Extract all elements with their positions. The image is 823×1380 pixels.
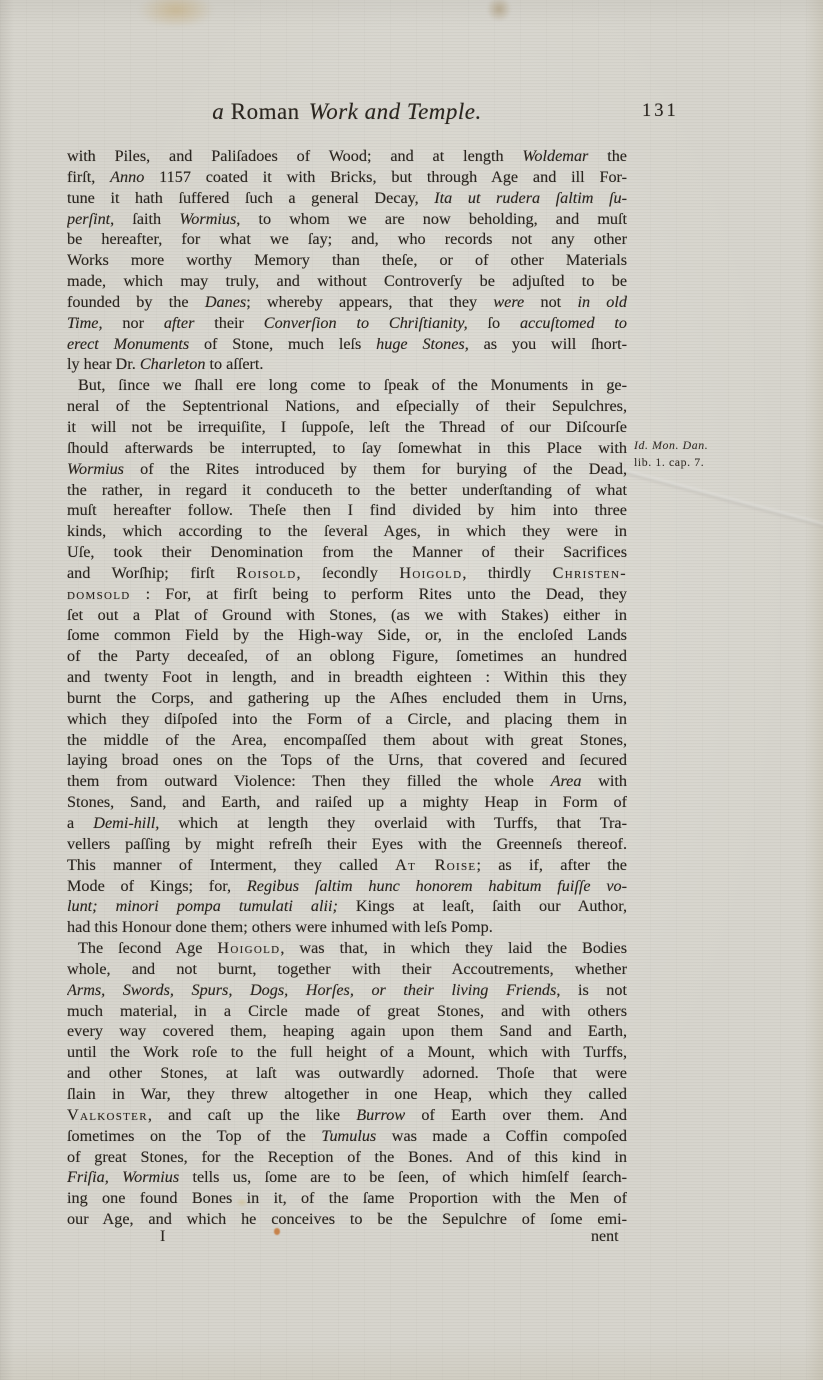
text-segment: until the Work roſe to the full height o… [67,1043,627,1061]
text-segment: be hereafter, for what we ſay; and, who … [67,230,627,248]
text-segment: and Worſhip; firſt [67,564,236,582]
text-segment: accuſtomed to [520,314,627,332]
text-segment: Anno [110,168,144,186]
paragraph: But, ſince we ſhall ere long come to ſpe… [67,375,627,938]
text-line: with Piles, and Paliſadoes of Wood; and … [67,146,627,167]
text-line: had this Honour done them; others were i… [67,917,627,938]
text-line: ſlain in War, they threw altogether in o… [67,1084,627,1105]
running-head-article: a [212,99,231,124]
text-segment: Arms, Swords, Spurs, Dogs, Horſes, or th… [67,981,556,999]
text-line: a Demi-hill, which at length they overla… [67,813,627,834]
text-segment: ſhould afterwards be interrupted, to ſay… [67,439,627,457]
text-segment: with Piles, and Paliſadoes of Wood; and … [67,147,522,165]
text-segment: laying broad ones on the Tops of the Urn… [67,751,627,769]
text-line: ſometimes on the Top of the Tumulus was … [67,1126,627,1147]
text-segment: Burrow [356,1106,405,1124]
book-page-scan: aRomanWork and Temple. 131 with Piles, a… [0,0,823,1380]
running-head-italic: Work and Temple. [309,99,482,124]
text-segment: Friſia, Wormius [67,1168,179,1186]
text-segment: This manner of Interment, they called [67,856,395,874]
text-segment: of great Stones, for the Reception of th… [67,1148,627,1166]
text-segment: firſt, [67,168,110,186]
text-line: This manner of Interment, they called At… [67,855,627,876]
catchword: nent [591,1228,619,1246]
text-segment: Charleton [140,355,206,373]
text-line: domsold : For, at firſt being to perform… [67,584,627,605]
text-segment: the rather, in regard it conduceth to th… [67,481,627,499]
paper-stain [486,0,512,22]
text-line: which they diſpoſed into the Form of a C… [67,709,627,730]
text-segment: as you will ſhort- [469,335,627,353]
text-line: of great Stones, for the Reception of th… [67,1147,627,1168]
text-segment: were [493,293,524,311]
text-line: But, ſince we ſhall ere long come to ſpe… [67,375,627,396]
text-segment: ſlain in War, they threw altogether in o… [67,1085,627,1103]
text-segment: Christen- [553,564,627,582]
text-segment: our Age, and which he conceives to be th… [67,1210,627,1228]
text-line: tune it hath ſuffered ſuch a general Dec… [67,188,627,209]
text-line: Friſia, Wormius tells us, ſome are to be… [67,1167,627,1188]
text-segment: which at length they overlaid with Turff… [159,814,627,832]
text-segment: , to whom we are now beholding, and muſt [236,210,627,228]
text-segment: burnt the Corps, and gathering up the Aſ… [67,689,627,707]
text-line: founded by the Danes; whereby appears, t… [67,292,627,313]
text-segment: ; as if, after the [476,856,627,874]
text-line: vellers paſſing by might refreſh their E… [67,834,627,855]
text-segment: erect Monuments [67,335,189,353]
text-segment: in old [577,293,627,311]
text-line: Arms, Swords, Spurs, Dogs, Horſes, or th… [67,980,627,1001]
page-number: 131 [642,101,679,122]
text-line: until the Work roſe to the full height o… [67,1042,627,1063]
text-segment: Kings at leaſt, ſaith our Author, [338,897,627,915]
text-line: whole, and not burnt, together with thei… [67,959,627,980]
text-segment: , was that, in which they laid the Bodie… [280,939,627,957]
text-segment: Stones, Sand, and Earth, and raiſed up a… [67,793,627,811]
text-segment: Converſion to Chriſtianity, [264,314,468,332]
text-line: Wormius of the Rites introduced by them … [67,459,627,480]
text-segment: , ſecondly [296,564,399,582]
text-segment: of the Rites introduced by them for bury… [124,460,627,478]
text-segment: tune it hath ſuffered ſuch a general Dec… [67,189,434,207]
text-segment: of Earth over them. And [405,1106,627,1124]
text-segment: nor [103,314,164,332]
text-segment: domsold [67,585,131,603]
text-line: Valkoster, and caſt up the like Burrow o… [67,1105,627,1126]
text-segment: Wormius [67,460,124,478]
text-segment: Hoigold [217,939,280,957]
text-segment: Mode of Kings; for, [67,877,247,895]
text-line: lunt; minori pompa tumulati alii; Kings … [67,896,627,917]
text-line: it will not be irrequiſite, I ſuppoſe, l… [67,417,627,438]
paragraph: with Piles, and Paliſadoes of Wood; and … [67,146,627,375]
text-line: them from outward Violence: Then they fi… [67,771,627,792]
text-segment: huge Stones, [376,335,469,353]
text-segment: was made a Coffin compoſed [376,1127,627,1145]
text-segment: Ita ut rudera ſaltim ſu- [434,189,627,207]
text-segment: to aſſert. [205,355,263,373]
running-head: aRomanWork and Temple. [67,97,627,127]
text-segment: Tumulus [321,1127,376,1145]
text-segment: The ſecond Age [78,939,217,957]
text-segment: Danes [205,293,246,311]
text-segment: , thirdly [462,564,552,582]
text-segment: kinds, which according to the ſeveral Ag… [67,522,627,540]
text-segment: Uſe, took their Denomination from the Ma… [67,543,627,561]
text-segment: a [67,814,93,832]
text-line: The ſecond Age Hoigold, was that, in whi… [67,938,627,959]
text-segment: Woldemar [522,147,588,165]
text-line: muſt hereafter follow. Theſe then I find… [67,500,627,521]
text-segment: Demi-hill, [93,814,159,832]
text-segment: But, ſince we ſhall ere long come to ſpe… [78,376,627,394]
text-segment: made, which may truly, and without Contr… [67,272,627,290]
text-segment: much material, in a Circle made of great… [67,1002,627,1020]
text-segment: Regibus ſaltim hunc honorem habitum fuiſ… [247,877,627,895]
text-segment: At Roise [395,856,476,874]
text-segment: ſometimes on the Top of the [67,1127,321,1145]
text-line: ly hear Dr. Charleton to aſſert. [67,354,627,375]
text-segment: their [194,314,263,332]
text-line: the middle of the Area, encompaſſed them… [67,730,627,751]
text-line: much material, in a Circle made of great… [67,1001,627,1022]
text-line: be hereafter, for what we ſay; and, who … [67,229,627,250]
text-segment: 1157 coated it with Bricks, but through … [144,168,627,186]
text-line: and Worſhip; firſt Roisold, ſecondly Hoi… [67,563,627,584]
text-segment: , and caſt up the like [148,1106,356,1124]
text-line: Mode of Kings; for, Regibus ſaltim hunc … [67,876,627,897]
text-line: Uſe, took their Denomination from the Ma… [67,542,627,563]
text-line: and twenty Foot in length, and in breadt… [67,667,627,688]
text-line: Time, nor after their Converſion to Chri… [67,313,627,334]
text-line: every way covered them, heaping again up… [67,1021,627,1042]
text-segment: Time, [67,314,103,332]
text-segment: whole, and not burnt, together with thei… [67,960,627,978]
text-segment: had this Honour done them; others were i… [67,918,493,936]
text-segment: perſint [67,210,110,228]
text-segment: ſet out a Plat of Ground with Stones, (a… [67,606,627,624]
margin-note-line1: Id. Mon. Dan. [634,437,799,454]
text-segment: vellers paſſing by might refreſh their E… [67,835,627,853]
text-line: ſhould afterwards be interrupted, to ſay… [67,438,627,459]
body-text: with Piles, and Paliſadoes of Wood; and … [67,146,627,1230]
text-segment: muſt hereafter follow. Theſe then I find… [67,501,627,519]
paper-crease [617,468,823,528]
text-line: and other Stones, at laſt was outwardly … [67,1063,627,1084]
text-line: made, which may truly, and without Contr… [67,271,627,292]
text-segment: : For, at firſt being to perform Rites u… [131,585,628,603]
text-line: neral of the Septentrional Nations, and … [67,396,627,417]
text-line: laying broad ones on the Tops of the Urn… [67,750,627,771]
text-segment: ſome common Field by the High-way Side, … [67,626,627,644]
text-segment: ; whereby appears, that they [246,293,493,311]
text-line: kinds, which according to the ſeveral Ag… [67,521,627,542]
paper-stain [138,0,214,28]
text-line: Works more worthy Memory than theſe, or … [67,250,627,271]
running-head-roman: Roman [231,99,309,124]
margin-note: Id. Mon. Dan. lib. 1. cap. 7. [634,437,799,470]
text-segment: and twenty Foot in length, and in breadt… [67,668,627,686]
text-segment: every way covered them, heaping again up… [67,1022,627,1040]
text-line: firſt, Anno 1157 coated it with Bricks, … [67,167,627,188]
text-segment: the [588,147,627,165]
text-segment: , is not [556,981,627,999]
text-segment: founded by the [67,293,205,311]
text-segment: the middle of the Area, encompaſſed them… [67,731,627,749]
text-segment: after [164,314,195,332]
margin-note-line2: lib. 1. cap. 7. [634,454,799,471]
text-line: erect Monuments of Stone, much leſs huge… [67,334,627,355]
text-segment: of Stone, much leſs [189,335,376,353]
text-line: ing one found Bones in it, of the ſame P… [67,1188,627,1209]
text-segment: tells us, ſome are to be ſeen, of which … [179,1168,627,1186]
text-line: the rather, in regard it conduceth to th… [67,480,627,501]
text-line: ſet out a Plat of Ground with Stones, (a… [67,605,627,626]
text-segment: Wormius [179,210,236,228]
text-segment: Valkoster [67,1106,148,1124]
text-segment: neral of the Septentrional Nations, and … [67,397,627,415]
text-segment: with [581,772,627,790]
text-segment: Area [551,772,582,790]
text-segment: Hoigold [399,564,462,582]
text-segment: and other Stones, at laſt was outwardly … [67,1064,627,1082]
text-line: our Age, and which he conceives to be th… [67,1209,627,1230]
paragraph: The ſecond Age Hoigold, was that, in whi… [67,938,627,1230]
text-line: ſome common Field by the High-way Side, … [67,625,627,646]
text-segment: , ſaith [110,210,179,228]
text-segment: ly hear Dr. [67,355,140,373]
text-segment: not [524,293,577,311]
text-segment: which they diſpoſed into the Form of a C… [67,710,627,728]
text-line: perſint, ſaith Wormius, to whom we are n… [67,209,627,230]
text-segment: Works more worthy Memory than theſe, or … [67,251,627,269]
text-segment: of the Party deceaſed, of an oblong Figu… [67,647,627,665]
text-line: of the Party deceaſed, of an oblong Figu… [67,646,627,667]
text-segment: ſo [468,314,520,332]
text-segment: lunt; minori pompa tumulati alii; [67,897,338,915]
signature-mark: I [160,1228,165,1246]
text-segment: Roisold [236,564,296,582]
text-segment: it will not be irrequiſite, I ſuppoſe, l… [67,418,627,436]
text-line: Stones, Sand, and Earth, and raiſed up a… [67,792,627,813]
text-line: burnt the Corps, and gathering up the Aſ… [67,688,627,709]
text-segment: ing one found Bones in it, of the ſame P… [67,1189,627,1207]
text-segment: them from outward Violence: Then they fi… [67,772,551,790]
